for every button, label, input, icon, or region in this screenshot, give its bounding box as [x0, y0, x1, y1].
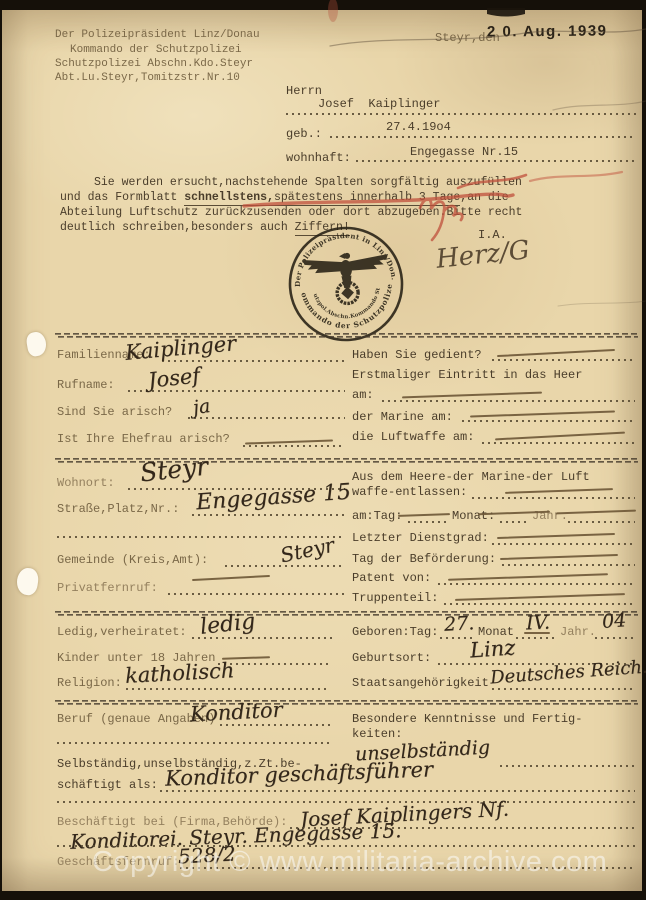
- watermark: Copyright © www.militaria-archive.com: [92, 846, 607, 879]
- paper-creases: [0, 0, 646, 900]
- scanned-document: { "document": { "letterhead": { "line1":…: [0, 0, 646, 900]
